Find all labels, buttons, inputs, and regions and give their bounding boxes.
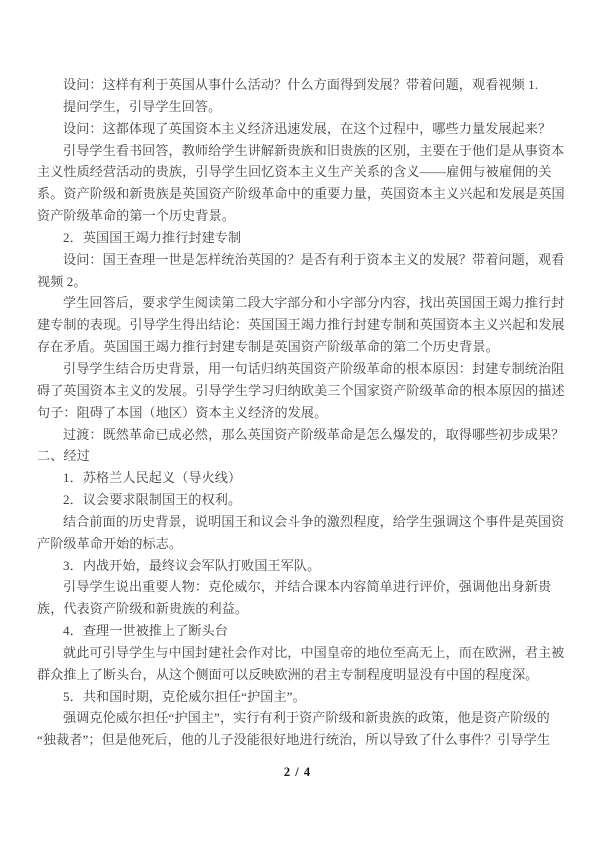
text-line: “独裁者”；但是他死后，他的儿子没能很好地进行统治，所以导致了什么事件？引导学生 [37,729,558,751]
document-page: 设问：这样有利于英国从事什么活动？什么方面得到发展？带着问题，观看视频 1. 提… [0,0,595,841]
text-line-heading: 1．苏格兰人民起义（导火线） [37,467,558,489]
text-line: 结合前面的历史背景，说明国王和议会斗争的激烈程度，给学生强调这个事件是英国资 [37,511,558,533]
text-line: 建专制的表现。引导学生得出结论：英国国王竭力推行封建专制和英国资本主义兴起和发展 [37,314,558,336]
text-line: 提问学生，引导学生回答。 [37,96,558,118]
text-line: 设问：这样有利于英国从事什么活动？什么方面得到发展？带着问题，观看视频 1. [37,74,558,96]
text-line: 强调克伦威尔担任“护国主”，实行有利于资产阶级和新贵族的政策，他是资产阶级的 [37,707,558,729]
text-line-heading: 3．内战开始，最终议会军队打败国王军队。 [37,555,558,577]
text-line: 学生回答后，要求学生阅读第二段大字部分和小字部分内容，找出英国国王竭力推行封 [37,292,558,314]
text-line: 碍了英国资本主义的发展。引导学生学习归纳欧美三个国家资产阶级革命的根本原因的描述 [37,380,558,402]
text-line: 句子：阻碍了本国（地区）资本主义经济的发展。 [37,402,558,424]
text-line: 系。资产阶级和新贵族是英国资产阶级革命中的重要力量，英国资本主义兴起和发展是英国 [37,183,558,205]
text-line: 引导学生结合历史背景，用一句话归纳英国资产阶级革命的根本原因：封建专制统治阻 [37,358,558,380]
page-footer: 2 / 4 [0,763,595,781]
text-line: 群众推上了断头台，从这个侧面可以反映欧洲的君主专制程度明显没有中国的程度深。 [37,664,558,686]
text-line: 引导学生说出重要人物：克伦威尔，并结合课本内容简单进行评价，强调他出身新贵 [37,576,558,598]
text-line: 存在矛盾。英国国王竭力推行封建专制是英国资产阶级革命的第二个历史背景。 [37,336,558,358]
page-number: 2 / 4 [284,765,311,779]
text-line: 主义性质经营活动的贵族，引导学生回忆资本主义生产关系的含义——雇佣与被雇佣的关 [37,161,558,183]
text-line: 引导学生看书回答，教师给学生讲解新贵族和旧贵族的区别，主要在于他们是从事资本 [37,140,558,162]
text-line-heading: 2．英国国王竭力推行封建专制 [37,227,558,249]
text-line-heading: 5．共和国时期，克伦威尔担任“护国主”。 [37,686,558,708]
text-line-heading: 4．查理一世被推上了断头台 [37,620,558,642]
text-line: 资产阶级革命的第一个历史背景。 [37,205,558,227]
text-line-heading: 2．议会要求限制国王的权利。 [37,489,558,511]
text-line-section-heading: 二、经过 [37,445,558,467]
text-line: 视频 2。 [37,271,558,293]
text-line: 设问：国王查理一世是怎样统治英国的？是否有利于资本主义的发展？带着问题，观看 [37,249,558,271]
text-line: 族，代表资产阶级和新贵族的利益。 [37,598,558,620]
text-line: 过渡：既然革命已成必然，那么英国资产阶级革命是怎么爆发的，取得哪些初步成果？ [37,424,558,446]
text-line: 就此可引导学生与中国封建社会作对比，中国皇帝的地位至高无上，而在欧洲，君主被 [37,642,558,664]
text-line: 设问：这都体现了英国资本主义经济迅速发展，在这个过程中，哪些力量发展起来？ [37,118,558,140]
document-body: 设问：这样有利于英国从事什么活动？什么方面得到发展？带着问题，观看视频 1. 提… [37,74,558,751]
document-viewport: { "document": { "lines": [ "设问：这样有利于英国从事… [0,0,595,841]
text-line: 产阶级革命开始的标志。 [37,533,558,555]
